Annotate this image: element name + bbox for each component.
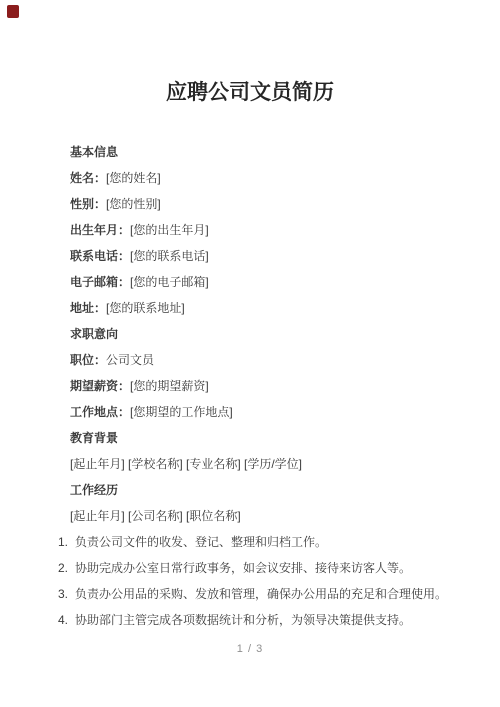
field-gender: 性别：[您的性别] — [70, 197, 464, 211]
field-email-value: [您的电子邮箱] — [130, 275, 209, 289]
field-work-location: 工作地点：[您期望的工作地点] — [70, 405, 464, 419]
field-name: 姓名：[您的姓名] — [70, 171, 464, 185]
duty-number: 3. — [58, 587, 75, 601]
duty-number: 2. — [58, 561, 75, 575]
field-phone-label: 联系电话： — [70, 249, 130, 263]
duty-text: 协助完成办公室日常行政事务，如会议安排、接待来访客人等。 — [75, 561, 411, 575]
field-email: 电子邮箱：[您的电子邮箱] — [70, 275, 464, 289]
field-work-location-label: 工作地点： — [70, 405, 130, 419]
field-work-location-value: [您期望的工作地点] — [130, 405, 233, 419]
field-position-value: 公司文员 — [106, 353, 154, 367]
duty-number: 4. — [58, 613, 75, 627]
duty-list: 1.负责公司文件的收发、登记、整理和归档工作。 2.协助完成办公室日常行政事务，… — [58, 535, 464, 627]
field-address: 地址：[您的联系地址] — [70, 301, 464, 315]
document-body: 基本信息 姓名：[您的姓名] 性别：[您的性别] 出生年月：[您的出生年月] 联… — [70, 145, 464, 627]
duty-text: 负责公司文件的收发、登记、整理和归档工作。 — [75, 535, 327, 549]
section-heading-experience: 工作经历 — [70, 483, 464, 497]
duty-text: 协助部门主管完成各项数据统计和分析，为领导决策提供支持。 — [75, 613, 411, 627]
field-email-label: 电子邮箱： — [70, 275, 130, 289]
field-name-value: [您的姓名] — [106, 171, 161, 185]
field-phone-value: [您的联系电话] — [130, 249, 209, 263]
field-address-value: [您的联系地址] — [106, 301, 185, 315]
field-salary-value: [您的期望薪资] — [130, 379, 209, 393]
field-gender-value: [您的性别] — [106, 197, 161, 211]
duty-text: 负责办公用品的采购、发放和管理，确保办公用品的充足和合理使用。 — [75, 587, 447, 601]
field-gender-label: 性别： — [70, 197, 106, 211]
field-birthdate: 出生年月：[您的出生年月] — [70, 223, 464, 237]
field-address-label: 地址： — [70, 301, 106, 315]
field-birthdate-label: 出生年月： — [70, 223, 130, 237]
duty-item: 2.协助完成办公室日常行政事务，如会议安排、接待来访客人等。 — [58, 561, 464, 575]
duty-number: 1. — [58, 535, 75, 549]
section-heading-basic-info: 基本信息 — [70, 145, 464, 159]
field-salary: 期望薪资：[您的期望薪资] — [70, 379, 464, 393]
field-name-label: 姓名： — [70, 171, 106, 185]
education-entry: [起止年月] [学校名称] [专业名称] [学历/学位] — [70, 457, 464, 471]
document-page: 应聘公司文员简历 基本信息 姓名：[您的姓名] 性别：[您的性别] 出生年月：[… — [0, 0, 500, 707]
experience-entry: [起止年月] [公司名称] [职位名称] — [70, 509, 464, 523]
page-title: 应聘公司文员简历 — [0, 0, 500, 105]
duty-item: 1.负责公司文件的收发、登记、整理和归档工作。 — [58, 535, 464, 549]
field-birthdate-value: [您的出生年月] — [130, 223, 209, 237]
section-heading-education: 教育背景 — [70, 431, 464, 445]
field-phone: 联系电话：[您的联系电话] — [70, 249, 464, 263]
field-position: 职位：公司文员 — [70, 353, 464, 367]
red-corner-marker — [7, 5, 19, 18]
duty-item: 3.负责办公用品的采购、发放和管理，确保办公用品的充足和合理使用。 — [58, 587, 464, 601]
field-position-label: 职位： — [70, 353, 106, 367]
duty-item: 4.协助部门主管完成各项数据统计和分析，为领导决策提供支持。 — [58, 613, 464, 627]
field-salary-label: 期望薪资： — [70, 379, 130, 393]
section-heading-job-intention: 求职意向 — [70, 327, 464, 341]
page-indicator: 1 / 3 — [0, 643, 500, 655]
